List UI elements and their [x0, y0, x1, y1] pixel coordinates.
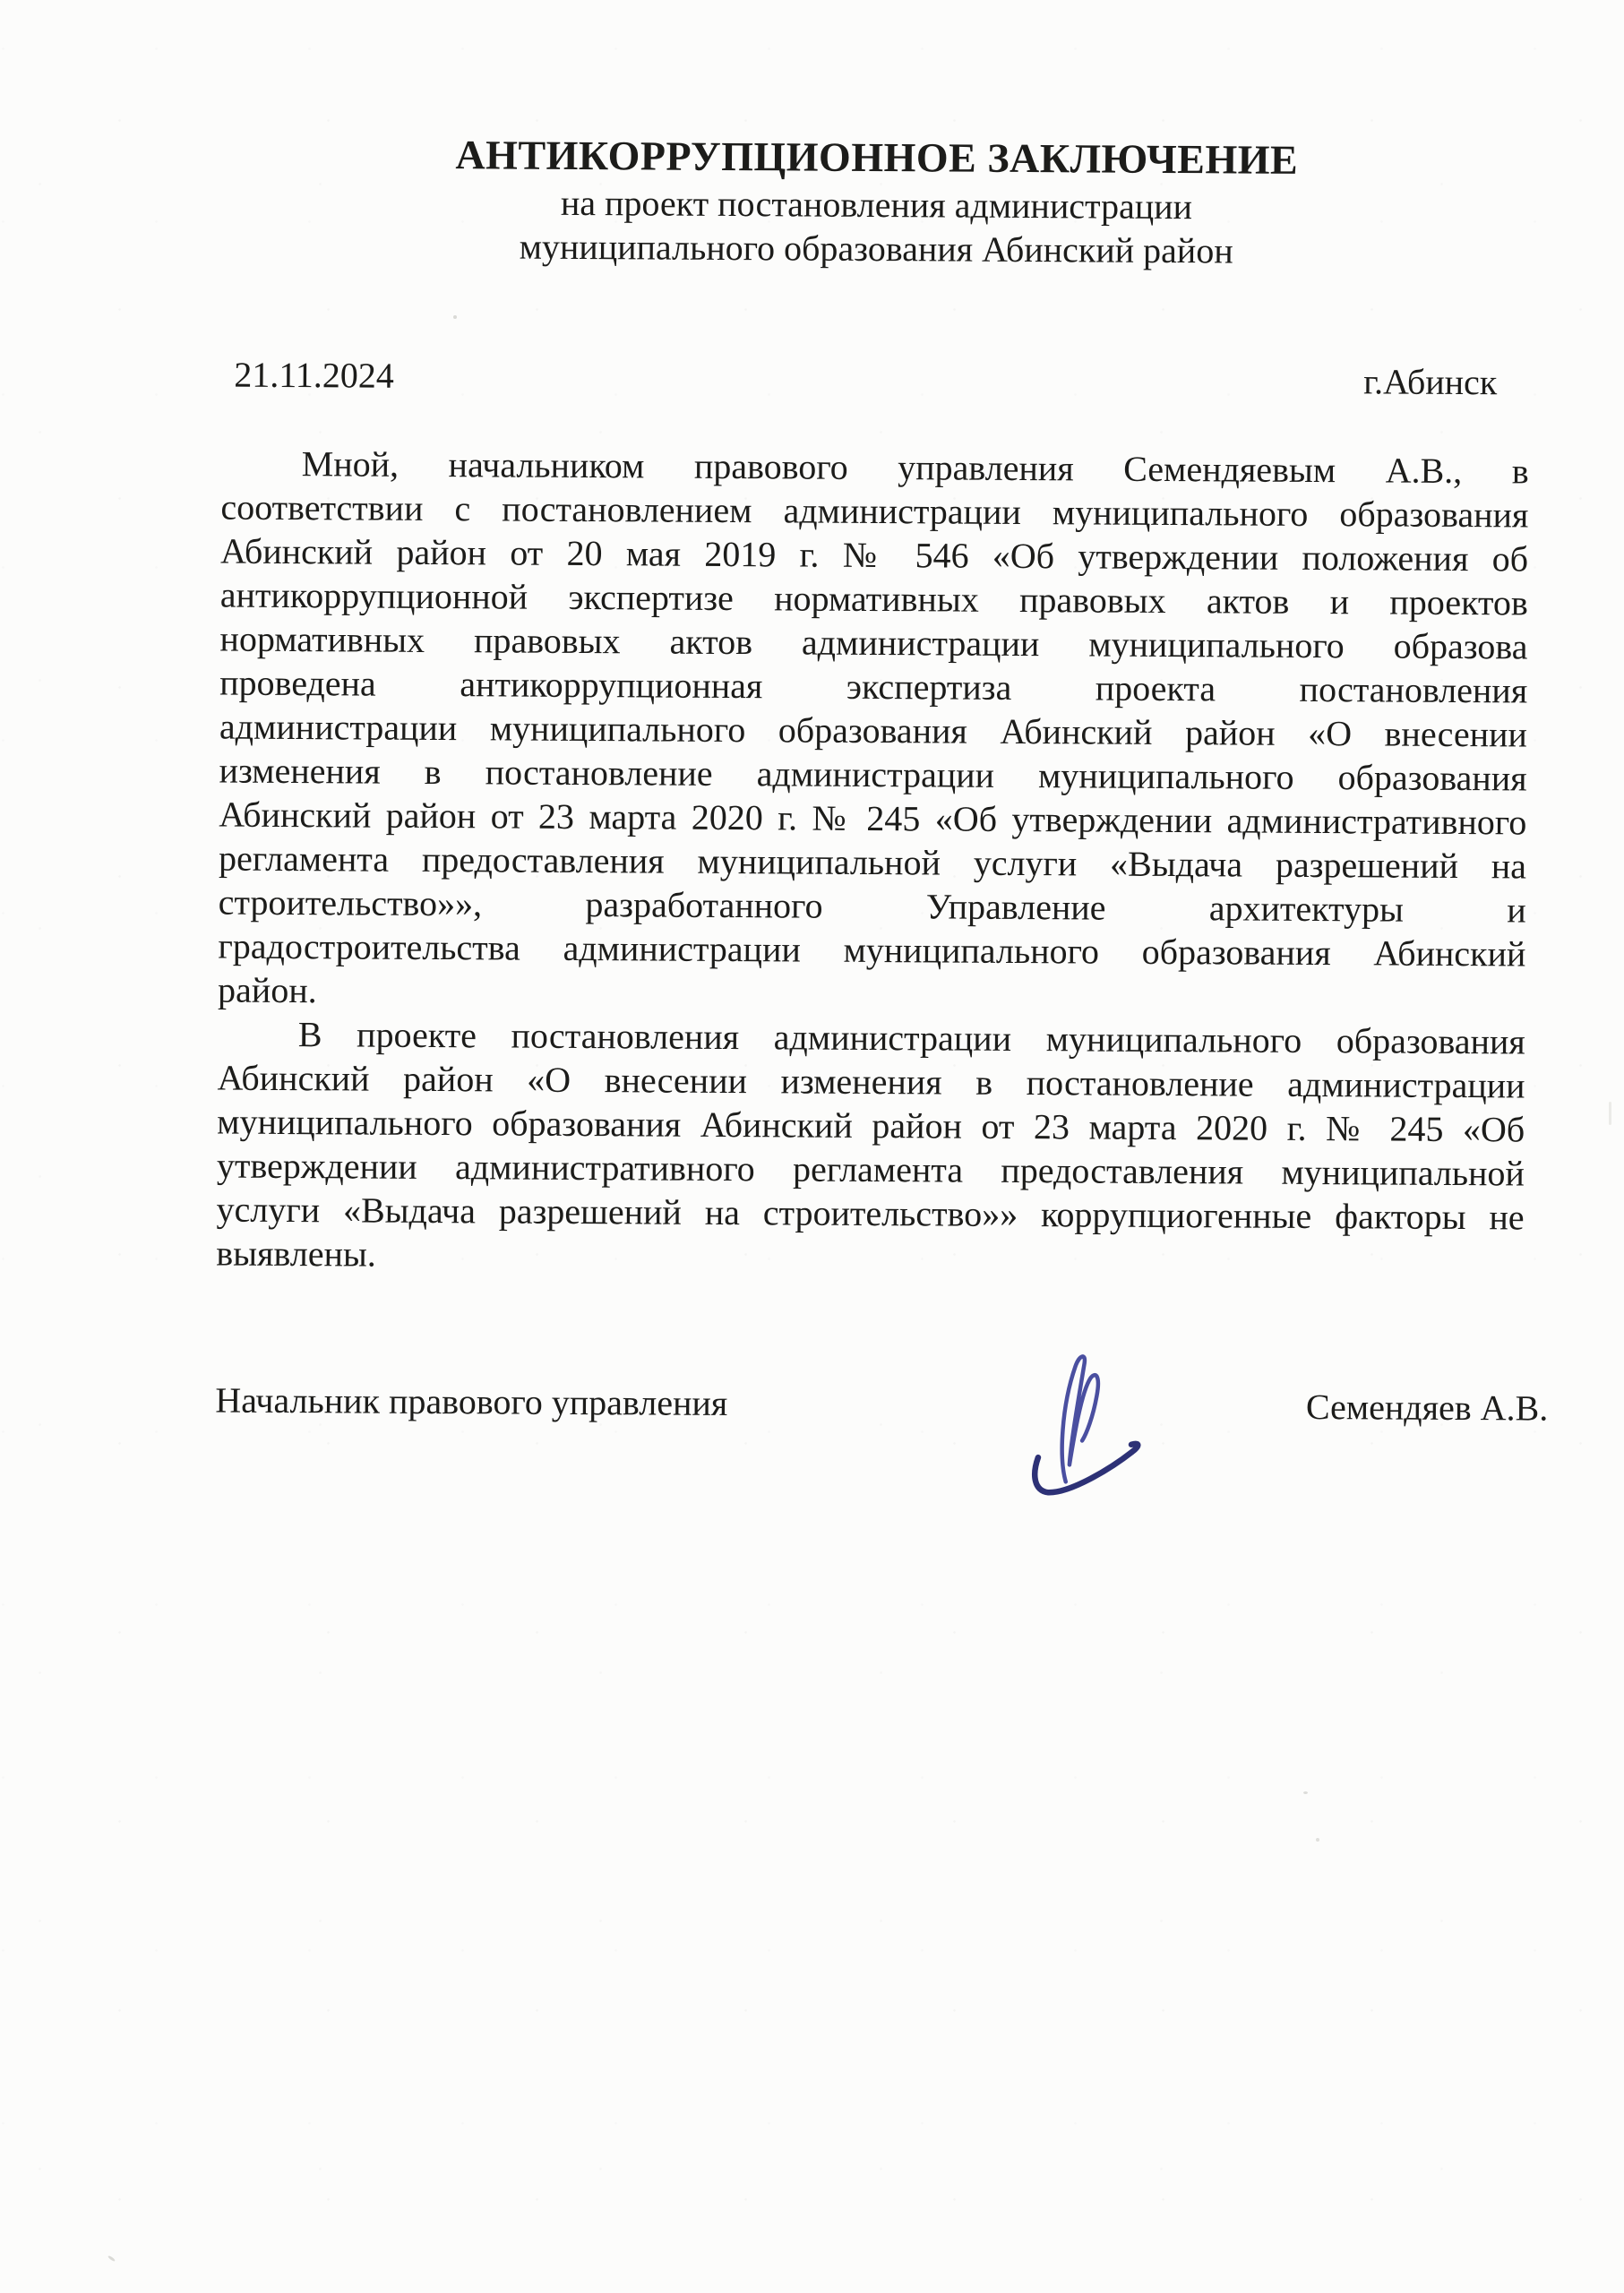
text-line: изменения в постановление администрации …: [219, 749, 1526, 801]
text-line: проведена антикоррупционная экспертиза п…: [219, 661, 1527, 713]
scan-speck: [1316, 1838, 1319, 1842]
text-line: В проекте постановления администрации му…: [218, 1012, 1525, 1064]
text-line: соответствии с постановлением администра…: [220, 485, 1528, 537]
scan-speck: [1609, 1102, 1611, 1125]
document-title: АНТИКОРРУПЦИОННОЕ ЗАКЛЮЧЕНИЕ: [223, 129, 1531, 187]
signatory-name: Семендяев А.В.: [1306, 1385, 1549, 1430]
text-line: Абинский район от 20 мая 2019 г. № 546 «…: [220, 529, 1528, 581]
handwritten-signature: [980, 1327, 1214, 1525]
text-line: Мной, начальником правового управления С…: [221, 442, 1529, 494]
text-line: район.: [218, 968, 1525, 1020]
signature-stroke-main: [1061, 1356, 1098, 1481]
scanned-document-page: АНТИКОРРУПЦИОННОЕ ЗАКЛЮЧЕНИЕ на проект п…: [0, 0, 1624, 2293]
text-line: утверждении административного регламента…: [217, 1144, 1525, 1196]
text-line: нормативных правовых актов администрации…: [219, 617, 1527, 669]
signature-stroke-flourish: [1035, 1443, 1138, 1493]
paragraph-2: В проекте постановления администрации му…: [216, 1012, 1525, 1284]
text-line: регламента предоставления муниципальной …: [219, 837, 1526, 889]
paragraph-1: Мной, начальником правового управления С…: [218, 442, 1529, 1020]
scan-speck: [107, 2255, 116, 2263]
document-header: АНТИКОРРУПЦИОННОЕ ЗАКЛЮЧЕНИЕ на проект п…: [222, 0, 1532, 274]
text-line: антикоррупционной экспертизе нормативных…: [220, 573, 1528, 625]
text-line: выявлены.: [216, 1232, 1524, 1284]
document-content: АНТИКОРРУПЦИОННОЕ ЗАКЛЮЧЕНИЕ на проект п…: [215, 0, 1532, 1430]
scan-speck: [1303, 1791, 1308, 1794]
text-line: муниципального образования Абинский райо…: [217, 1100, 1525, 1152]
text-line: градостроительства администрации муницип…: [218, 924, 1525, 976]
text-line: услуги «Выдача разрешений на строительст…: [216, 1188, 1524, 1240]
signatory-position: Начальник правового управления: [215, 1378, 727, 1425]
document-place: г.Абинск: [1363, 359, 1529, 404]
text-line: строительство»», разработанного Управлен…: [219, 880, 1526, 932]
date-place-row: 21.11.2024 г.Абинск: [221, 353, 1529, 405]
document-subtitle-line1: на проект постановления администрации: [222, 179, 1530, 231]
document-date: 21.11.2024: [221, 353, 394, 398]
text-line: Абинский район «О внесении изменения в п…: [217, 1056, 1525, 1108]
text-line: Абинский район от 23 марта 2020 г. № 245…: [219, 793, 1526, 845]
document-subtitle-line2: муниципального образования Абинский райо…: [222, 223, 1530, 275]
signature-row: Начальник правового управления Семендяев…: [215, 1378, 1523, 1430]
text-line: администрации муниципального образования…: [219, 705, 1527, 757]
